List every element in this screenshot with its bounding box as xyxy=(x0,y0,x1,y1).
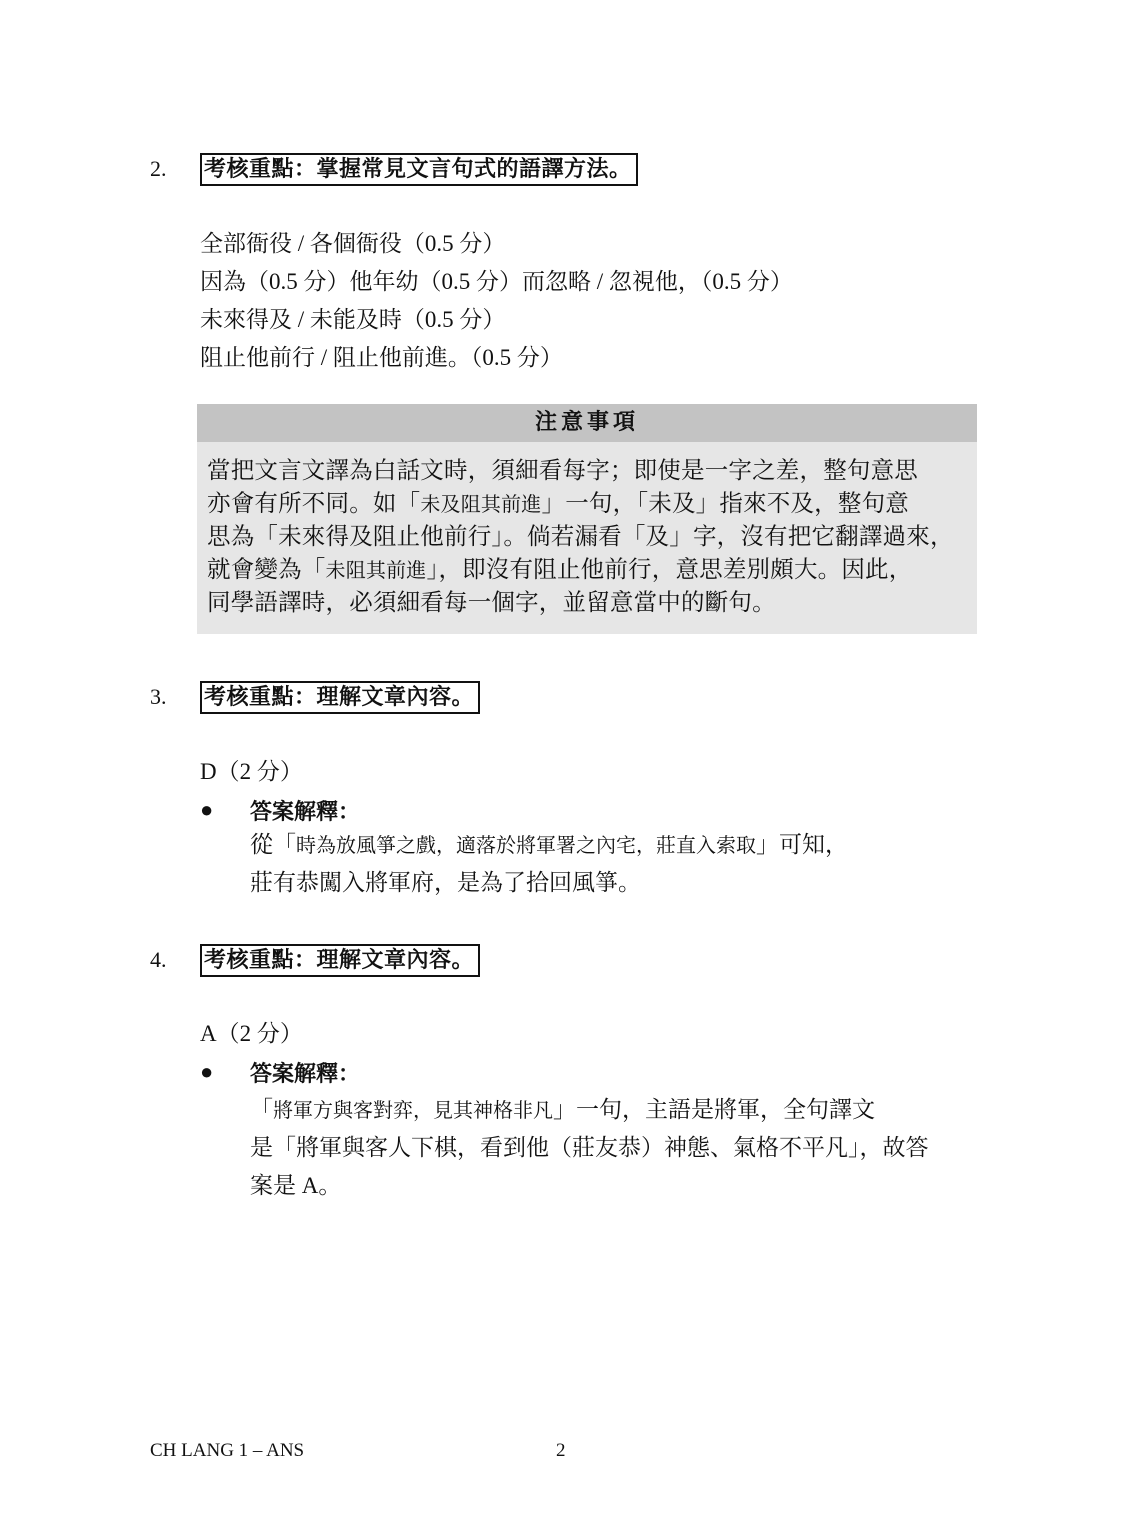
notes-text: 亦會有所不同。如「 xyxy=(207,489,420,517)
notes-text: 」，即沒有阻止他前行，意思差別頗大。因此， xyxy=(427,555,913,583)
question-2-answers: 全部衙役 / 各個衙役（0.5 分） 因為（0.5 分）他年幼（0.5 分）而忽… xyxy=(200,225,793,377)
explanation-line: 莊有恭闖入將軍府，是為了拾回風箏。 xyxy=(250,864,980,902)
question-number: 2. xyxy=(150,156,200,182)
explanation-text: 」可知， xyxy=(756,832,848,857)
notes-text: 就會變為「 xyxy=(207,555,326,583)
explanation-line: 從「時為放風箏之戲，適落於將軍署之內宅，莊直入索取」可知， xyxy=(250,826,980,864)
answer-line: 因為（0.5 分）他年幼（0.5 分）而忽略 / 忽視他，（0.5 分） xyxy=(200,263,793,301)
explanation-line: 是「將軍與客人下棋，看到他（莊友恭）神態、氣格不平凡」，故答 xyxy=(250,1129,980,1167)
question-3-header: 3. 考核重點：理解文章內容。 xyxy=(150,680,480,714)
explanation-header: ● 答案解釋： xyxy=(200,795,360,825)
explanation-label: 答案解釋： xyxy=(250,1057,360,1088)
explanation-body: 「將軍方與客對弈，見其神格非凡」一句，主語是將軍，全句譯文 是「將軍與客人下棋，… xyxy=(250,1091,980,1205)
answer-line: 未來得及 / 未能及時（0.5 分） xyxy=(200,301,793,339)
notes-text: 當把文言文譯為白話文時，須細看每字；即使是一字之差，整句意思 xyxy=(207,456,918,484)
explanation-label: 答案解釋： xyxy=(250,795,360,826)
question-number: 4. xyxy=(150,947,200,973)
classical-quote: 未及阻其前進 xyxy=(420,492,541,516)
explanation-text: 「 xyxy=(250,1097,273,1122)
bullet-icon: ● xyxy=(200,1059,250,1085)
page-number: 2 xyxy=(556,1440,566,1462)
answer-page: 2. 考核重點：掌握常見文言句式的語譯方法。 全部衙役 / 各個衙役（0.5 分… xyxy=(0,0,1125,1538)
notes-text: 」一句，「未及」指來不及，整句意 xyxy=(542,489,909,517)
notes-title: 注意事項 xyxy=(197,404,977,442)
notes-line: 當把文言文譯為白話文時，須細看每字；即使是一字之差，整句意思 xyxy=(207,454,967,487)
explanation-header: ● 答案解釋： xyxy=(200,1057,360,1087)
notes-line: 就會變為「未阻其前進」，即沒有阻止他前行，意思差別頗大。因此， xyxy=(207,553,967,587)
footer-paper-code: CH LANG 1 – ANS xyxy=(150,1440,304,1462)
explanation-text: 」一句，主語是將軍，全句譯文 xyxy=(553,1097,875,1122)
answer-line: 全部衙役 / 各個衙役（0.5 分） xyxy=(200,225,793,263)
notes-text: 思為「未來得及阻止他前行」。倘若漏看「及」字，沒有把它翻譯過來， xyxy=(207,522,954,550)
bullet-icon: ● xyxy=(200,797,250,823)
notes-body: 當把文言文譯為白話文時，須細看每字；即使是一字之差，整句意思 亦會有所不同。如「… xyxy=(197,442,977,619)
explanation-line: 案是 A。 xyxy=(250,1167,980,1205)
explanation-body: 從「時為放風箏之戲，適落於將軍署之內宅，莊直入索取」可知， 莊有恭闖入將軍府，是… xyxy=(250,826,980,902)
notes-line: 亦會有所不同。如「未及阻其前進」一句，「未及」指來不及，整句意 xyxy=(207,487,967,521)
assessment-focus-box: 考核重點：理解文章內容。 xyxy=(200,681,480,714)
explanation-text: 案是 A。 xyxy=(250,1173,341,1198)
classical-quote: 未阻其前進 xyxy=(326,558,427,582)
notes-line: 同學語譯時，必須細看每一個字，並留意當中的斷句。 xyxy=(207,586,967,619)
question-2-header: 2. 考核重點：掌握常見文言句式的語譯方法。 xyxy=(150,152,638,186)
assessment-focus-box: 考核重點：理解文章內容。 xyxy=(200,944,480,977)
classical-quote: 時為放風箏之戲，適落於將軍署之內宅，莊直入索取 xyxy=(296,833,756,857)
classical-quote: 將軍方與客對弈，見其神格非凡 xyxy=(273,1098,553,1122)
answer-mark: A（2 分） xyxy=(200,1019,303,1049)
question-number: 3. xyxy=(150,684,200,710)
explanation-line: 「將軍方與客對弈，見其神格非凡」一句，主語是將軍，全句譯文 xyxy=(250,1091,980,1129)
answer-line: 阻止他前行 / 阻止他前進。（0.5 分） xyxy=(200,339,793,377)
explanation-text: 莊有恭闖入將軍府，是為了拾回風箏。 xyxy=(250,870,641,895)
explanation-text: 是「將軍與客人下棋，看到他（莊友恭）神態、氣格不平凡」，故答 xyxy=(250,1135,929,1160)
notes-line: 思為「未來得及阻止他前行」。倘若漏看「及」字，沒有把它翻譯過來， xyxy=(207,520,967,553)
assessment-focus-box: 考核重點：掌握常見文言句式的語譯方法。 xyxy=(200,153,638,186)
answer-mark: D（2 分） xyxy=(200,757,303,787)
explanation-text: 從「 xyxy=(250,832,296,857)
notes-box: 注意事項 當把文言文譯為白話文時，須細看每字；即使是一字之差，整句意思 亦會有所… xyxy=(197,404,977,634)
question-4-header: 4. 考核重點：理解文章內容。 xyxy=(150,943,480,977)
notes-text: 同學語譯時，必須細看每一個字，並留意當中的斷句。 xyxy=(207,588,776,616)
